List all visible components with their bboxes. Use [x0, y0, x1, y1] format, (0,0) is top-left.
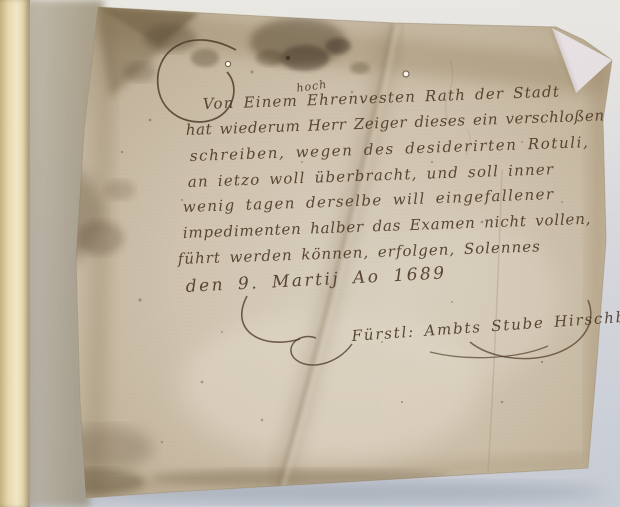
pinhole	[225, 61, 230, 66]
pinhole	[403, 71, 409, 77]
paper-document: hoch Von Einem Ehrenvesten Rath der Stad…	[0, 0, 620, 507]
manuscript-photo: hoch Von Einem Ehrenvesten Rath der Stad…	[0, 0, 620, 507]
